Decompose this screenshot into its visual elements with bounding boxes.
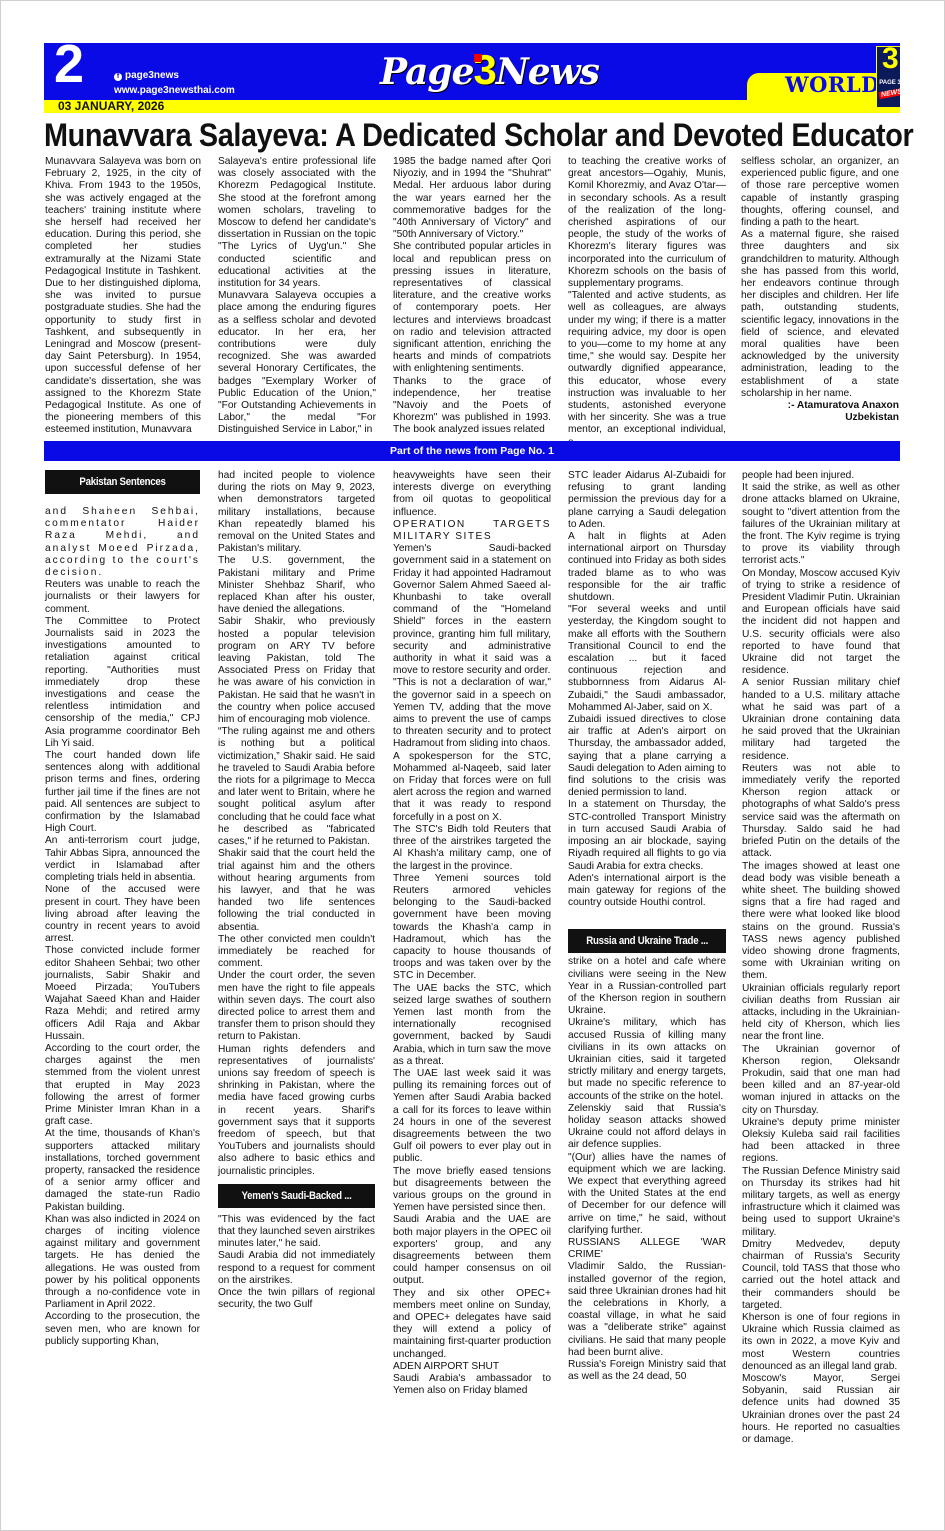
paragraph: The court handed down life sentences alo…	[45, 750, 200, 835]
logo-word-page: Page	[380, 51, 474, 93]
badge-number: 3	[882, 44, 899, 74]
subhead: OPERATION TARGETS MILITARY SITES	[393, 519, 551, 543]
paragraph: According to the prosecution, the seven …	[45, 1311, 200, 1348]
paragraph: Under the court order, the seven men hav…	[218, 970, 375, 1043]
paragraph: In a statement on Thursday, the STC-cont…	[568, 799, 726, 872]
paragraph: Saudi Arabia did not immediately respond…	[218, 1250, 375, 1287]
logo-number: 3	[474, 46, 496, 93]
paragraph: A spokesperson for the STC, Mohammed al-…	[393, 751, 551, 824]
paragraph: The Russian Defence Ministry said on Thu…	[742, 1166, 900, 1239]
masthead: 2 fpage3news www.page3newsthai.com 03 JA…	[44, 43, 900, 113]
paragraph: According to the court order, the charge…	[45, 1043, 200, 1128]
paragraph: Once the twin pillars of regional securi…	[218, 1287, 375, 1311]
paragraph: “The ruling against me and others is not…	[218, 726, 375, 848]
paragraph: None of the accused were present in cour…	[45, 884, 200, 945]
continued-column-4: STC leader Aidarus Al-Zubaidi for refusi…	[568, 470, 726, 1383]
subhead: ADEN AIRPORT SHUT	[393, 1361, 551, 1373]
logo-word-news: News	[496, 51, 599, 93]
paragraph: people had been injured.	[742, 470, 900, 482]
paragraph: The move briefly eased tensions but disa…	[393, 1166, 551, 1215]
paragraph: Reuters was unable to reach the journali…	[45, 579, 200, 616]
paragraph: selfless scholar, an organizer, an exper…	[741, 156, 899, 229]
paragraph: The other convicted men couldn't immedia…	[218, 934, 375, 971]
paragraph: Saudi Arabia and the UAE are both major …	[393, 1214, 551, 1287]
paragraph: Munavvara Salayeva was born on February …	[45, 156, 201, 437]
paragraph: The U.S. government, the Pakistani milit…	[218, 555, 375, 616]
paragraph: "This is not a declaration of war," the …	[393, 677, 551, 750]
kicker-yemen[interactable]: Yemen's Saudi-Backed ...	[218, 1184, 375, 1208]
paragraph: She contributed popular articles in loca…	[393, 241, 551, 375]
kicker-pakistan[interactable]: Pakistan Sentences Journalists ...	[45, 470, 200, 494]
paragraph: It said the strike, as well as other dro…	[742, 482, 900, 567]
paragraph: Saudi Arabia's ambassador to Yemen also …	[393, 1373, 551, 1397]
issue-date: 03 JANUARY, 2026	[58, 99, 164, 113]
paragraph: Ukraine's deputy prime minister Oleksiy …	[742, 1117, 900, 1166]
paragraph: "For several weeks and until yesterday, …	[568, 604, 726, 714]
paragraph: Zelenskiy said that Russia's holiday sea…	[568, 1103, 726, 1152]
paragraph: Shakir said that the court held the tria…	[218, 848, 375, 933]
paragraph: Thanks to the grace of independence, her…	[393, 376, 551, 437]
continued-column-3: heavyweights have seen their interests d…	[393, 470, 551, 1397]
paragraph: The images showed at least one dead body…	[742, 861, 900, 983]
paragraph: Yemen's Saudi-backed government said in …	[393, 543, 551, 677]
paragraph: Kherson is one of four regions in Ukrain…	[742, 1312, 900, 1373]
paragraph: STC leader Aidarus Al-Zubaidi for refusi…	[568, 470, 726, 531]
paragraph: Khan was also indicted in 2024 on charge…	[45, 1214, 200, 1312]
continued-column-1: Pakistan Sentences Journalists ... and S…	[45, 470, 200, 1348]
website-link[interactable]: www.page3newsthai.com	[114, 83, 235, 98]
social-block: fpage3news www.page3newsthai.com	[114, 68, 235, 98]
social-handle[interactable]: page3news	[125, 70, 179, 81]
paragraph: Salayeva's entire professional life was …	[218, 156, 376, 290]
paragraph: The UAE backs the STC, which seized larg…	[393, 983, 551, 1068]
paragraph: "(Our) allies have the names of equipmen…	[568, 1152, 726, 1237]
paragraph: An anti-terrorism court judge, Tahir Abb…	[45, 835, 200, 884]
paragraph: Ukrainian officials regularly report civ…	[742, 983, 900, 1044]
continued-column-5: people had been injured. It said the str…	[742, 470, 900, 1446]
newspaper-logo: Page3News	[380, 47, 599, 95]
paragraph: Moscow's Mayor, Sergei Sobyanin, said Ru…	[742, 1373, 900, 1446]
paragraph: They and six other OPEC+ members meet on…	[393, 1288, 551, 1361]
paragraph: Aden's international airport is the main…	[568, 873, 726, 910]
paragraph: 1985 the badge named after Qori Niyoziy,…	[393, 156, 551, 241]
subhead: RUSSIANS ALLEGE 'WAR CRIME'	[568, 1237, 726, 1261]
paragraph: "Talented and active students, as well a…	[568, 290, 726, 449]
paragraph: As a maternal figure, she raised three d…	[741, 229, 899, 400]
page-number: 2	[54, 43, 84, 91]
paragraph: Sabir Shakir, who previously hosted a po…	[218, 616, 375, 726]
lead-column-3: 1985 the badge named after Qori Niyoziy,…	[393, 156, 551, 438]
paragraph: A halt in flights at Aden international …	[568, 531, 726, 604]
lead-column-4: to teaching the creative works of great …	[568, 156, 726, 438]
paragraph: The STC's Bidh told Reuters that three o…	[393, 824, 551, 873]
lead-column-2: Salayeva's entire professional life was …	[218, 156, 376, 438]
paragraph: The Ukrainian governor of Kherson region…	[742, 1044, 900, 1117]
facebook-icon: f	[114, 73, 122, 81]
badge-text: PAGE 3	[878, 80, 900, 86]
paragraph: Dmitry Medvedev, deputy chairman of Russ…	[742, 1239, 900, 1312]
paragraph: Russia's Foreign Ministry said that as w…	[568, 1359, 726, 1383]
paragraph: At the time, thousands of Khan's support…	[45, 1128, 200, 1213]
paragraph: "This was evidenced by the fact that the…	[218, 1214, 375, 1251]
paragraph: The Committee to Protect Journalists sai…	[45, 616, 200, 750]
paragraph: On Monday, Moscow accused Kyiv of trying…	[742, 568, 900, 678]
paragraph: Those convicted include former editor Sh…	[45, 945, 200, 1043]
paragraph: Zubaidi issued directives to close air t…	[568, 714, 726, 799]
paragraph: Vladimir Saldo, the Russian-installed go…	[568, 1261, 726, 1359]
paragraph: Reuters was not able to immediately veri…	[742, 763, 900, 861]
paragraph: Ukraine's military, which has accused Ru…	[568, 1017, 726, 1102]
continued-column-2: had incited people to violence during th…	[218, 470, 375, 1311]
kicker-russia[interactable]: Russia and Ukraine Trade ...	[568, 929, 726, 953]
paragraph: had incited people to violence during th…	[218, 470, 375, 555]
lead-column-1: Munavvara Salayeva was born on February …	[45, 156, 201, 438]
paragraph: Three Yemeni sources told Reuters armore…	[393, 873, 551, 983]
paragraph: A senior Russian military chief handed t…	[742, 677, 900, 762]
paragraph: Human rights defenders and representativ…	[218, 1044, 375, 1178]
byline-author: :- Atamuratova Anaxon	[741, 400, 899, 412]
lead-headline: Munavvara Salayeva: A Dedicated Scholar …	[44, 117, 818, 153]
byline-place: Uzbekistan	[741, 412, 899, 424]
paragraph: heavyweights have seen their interests d…	[393, 470, 551, 519]
paragraph: Munavvara Salayeva occupies a place amon…	[218, 290, 376, 436]
paragraph: strike on a hotel and cafe where civilia…	[568, 956, 726, 1017]
continued-from-page-1-bar: Part of the news from Page No. 1	[44, 441, 900, 461]
paragraph: The UAE last week said it was pulling it…	[393, 1068, 551, 1166]
paragraph: to teaching the creative works of great …	[568, 156, 726, 290]
section-label: WORLD	[785, 72, 880, 97]
lead-column-5: selfless scholar, an organizer, an exper…	[741, 156, 899, 438]
